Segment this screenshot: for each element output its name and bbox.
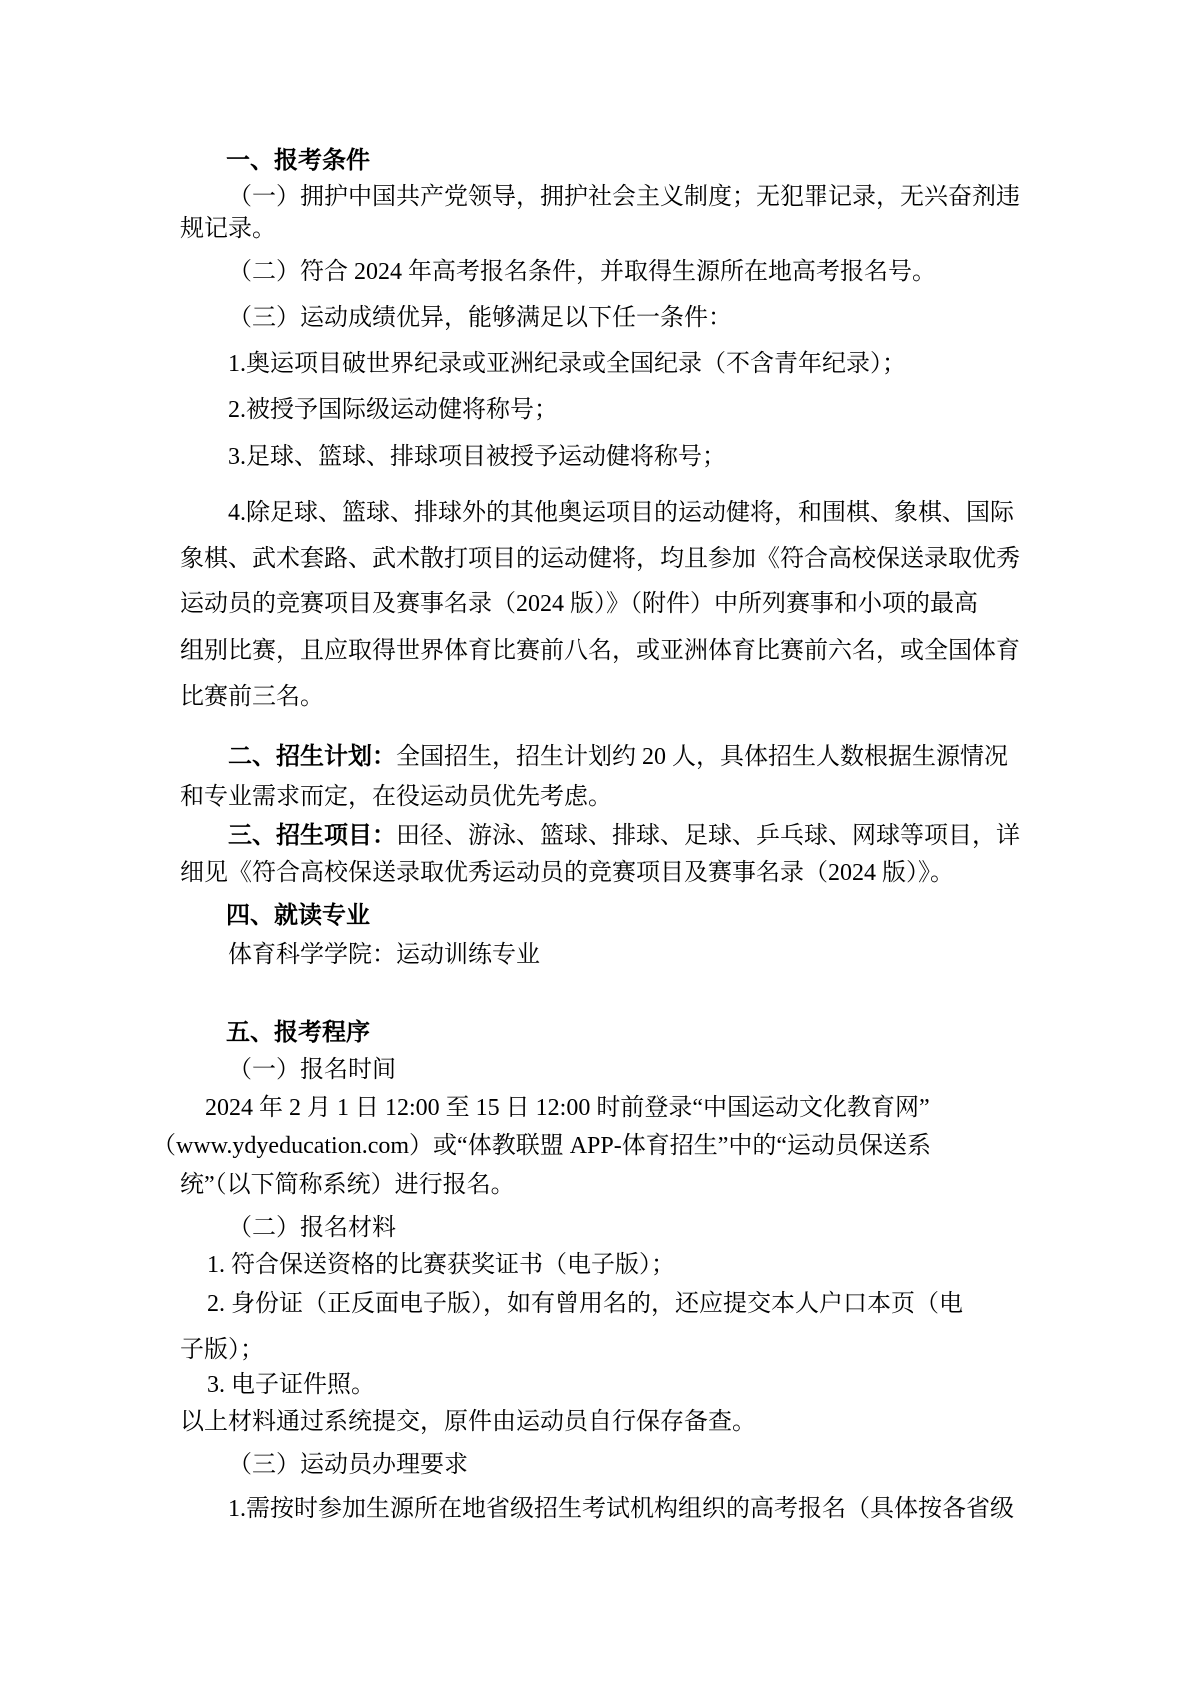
athlete-requirements-heading: （三）运动员办理要求 bbox=[228, 1452, 468, 1479]
enrollment-programs-line2: 细见《符合高校保送录取优秀运动员的竞赛项目及赛事名录（2024 版）》。 bbox=[180, 860, 954, 887]
registration-materials-heading: （二）报名材料 bbox=[228, 1215, 396, 1242]
registration-time-line3: 统”（以下简称系统）进行报名。 bbox=[180, 1172, 515, 1199]
condition-4-line1: 4.除足球、篮球、排球外的其他奥运项目的运动健将，和围棋、象棋、国际 bbox=[228, 500, 1014, 527]
condition-2: 2.被授予国际级运动健将称号； bbox=[228, 397, 558, 424]
requirement-3: （三）运动成绩优异，能够满足以下任一条件： bbox=[228, 305, 732, 332]
material-3: 3. 电子证件照。 bbox=[207, 1372, 375, 1399]
enrollment-plan-line2: 和专业需求而定，在役运动员优先考虑。 bbox=[180, 784, 612, 811]
requirement-1-line1: （一）拥护中国共产党领导，拥护社会主义制度；无犯罪记录，无兴奋剂违 bbox=[228, 184, 1020, 211]
section1-heading: 一、报考条件 bbox=[226, 148, 370, 175]
condition-3: 3.足球、篮球、排球项目被授予运动健将称号； bbox=[228, 444, 726, 471]
condition-4-line4: 组别比赛，且应取得世界体育比赛前八名，或亚洲体育比赛前六名，或全国体育 bbox=[180, 638, 1020, 665]
material-2-line2: 子版）； bbox=[180, 1337, 264, 1364]
section4-heading: 四、就读专业 bbox=[226, 903, 370, 930]
requirement-1-line2: 规记录。 bbox=[180, 216, 276, 243]
enrollment-programs-label: 三、招生项目： bbox=[228, 823, 396, 849]
section3-enrollment-programs: 三、招生项目：田径、游泳、篮球、排球、足球、乒乓球、网球等项目，详 bbox=[228, 823, 1020, 850]
enrollment-plan-label: 二、招生计划： bbox=[228, 744, 396, 770]
registration-time-heading: （一）报名时间 bbox=[228, 1057, 396, 1084]
major-line: 体育科学学院：运动训练专业 bbox=[228, 942, 540, 969]
material-2-line1: 2. 身份证（正反面电子版），如有曾用名的，还应提交本人户口本页（电 bbox=[207, 1291, 963, 1318]
condition-4-line2: 象棋、武术套路、武术散打项目的运动健将，均且参加《符合高校保送录取优秀 bbox=[180, 546, 1020, 573]
athlete-requirement-1: 1.需按时参加生源所在地省级招生考试机构组织的高考报名（具体按各省级 bbox=[228, 1496, 1014, 1523]
condition-4-line3: 运动员的竞赛项目及赛事名录（2024 版）》（附件）中所列赛事和小项的最高 bbox=[180, 591, 978, 618]
material-1: 1. 符合保送资格的比赛获奖证书（电子版）； bbox=[207, 1252, 675, 1279]
enrollment-programs-text: 田径、游泳、篮球、排球、足球、乒乓球、网球等项目，详 bbox=[396, 823, 1020, 849]
condition-4-line5: 比赛前三名。 bbox=[180, 684, 324, 711]
requirement-2: （二）符合 2024 年高考报名条件，并取得生源所在地高考报名号。 bbox=[228, 259, 936, 286]
enrollment-plan-text: 全国招生，招生计划约 20 人，具体招生人数根据生源情况 bbox=[396, 744, 1008, 770]
condition-1: 1.奥运项目破世界纪录或亚洲纪录或全国纪录（不含青年纪录）； bbox=[228, 351, 906, 378]
document-page: 一、报考条件 （一）拥护中国共产党领导，拥护社会主义制度；无犯罪记录，无兴奋剂违… bbox=[0, 0, 1191, 1684]
section5-heading: 五、报考程序 bbox=[226, 1020, 370, 1047]
registration-time-line2: （www.ydyeducation.com）或“体教联盟 APP-体育招生”中的… bbox=[152, 1133, 931, 1160]
materials-note: 以上材料通过系统提交，原件由运动员自行保存备查。 bbox=[180, 1409, 756, 1436]
registration-time-line1: 2024 年 2 月 1 日 12:00 至 15 日 12:00 时前登录“中… bbox=[205, 1095, 930, 1122]
section2-enrollment-plan: 二、招生计划：全国招生，招生计划约 20 人，具体招生人数根据生源情况 bbox=[228, 744, 1008, 771]
